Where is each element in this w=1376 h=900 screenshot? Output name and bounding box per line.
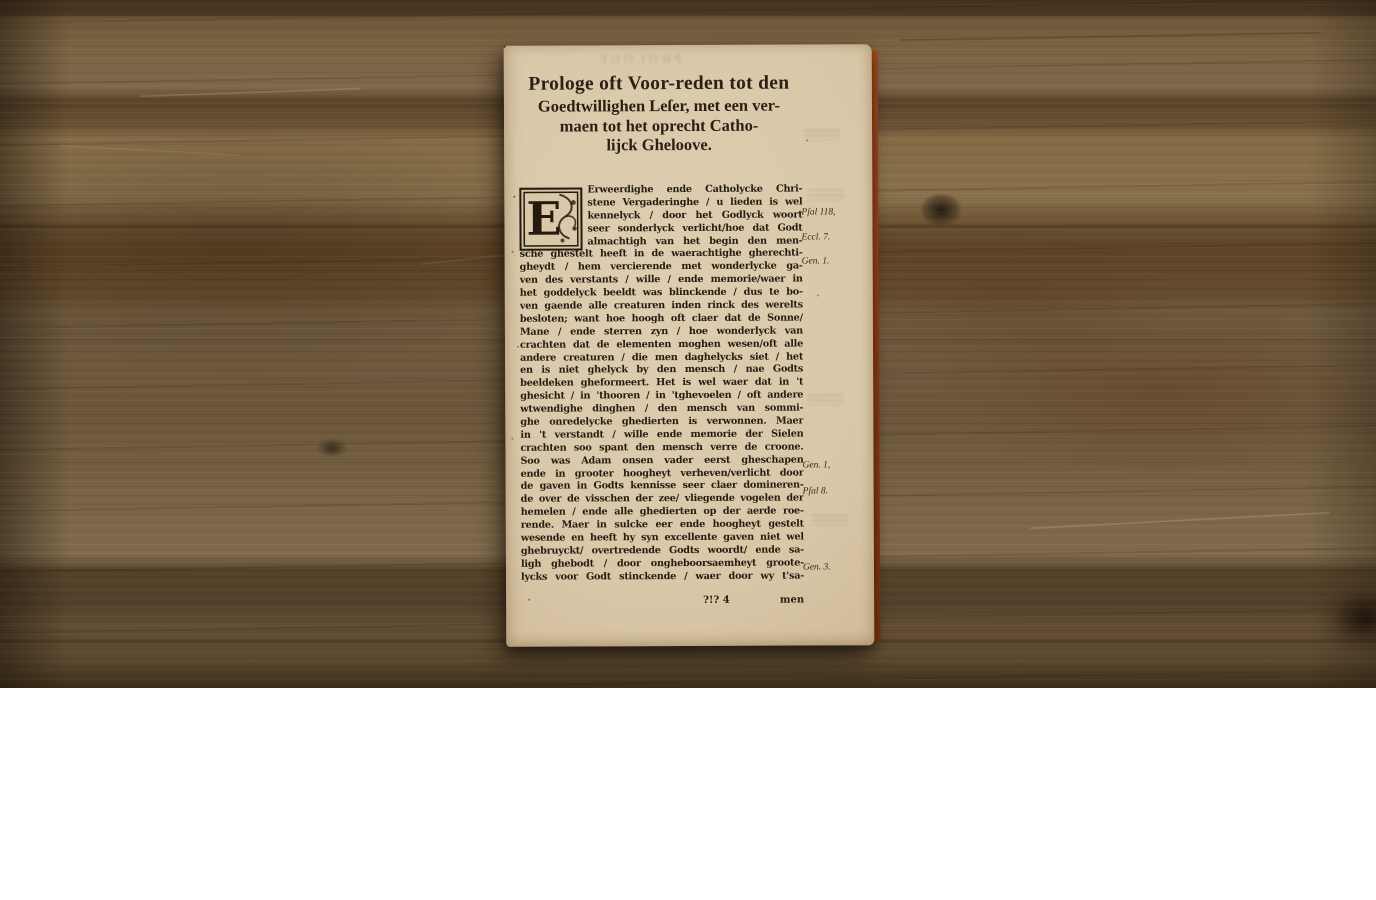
show-through-mark [808, 189, 844, 200]
title-line-2: Goedtwillighen Leſer, met een ver- [514, 95, 804, 116]
title-line-3: maen tot het oprecht Catho- [514, 115, 804, 136]
book-page: PROLOGE Prologe oft Voor-reden tot denGo… [504, 44, 875, 647]
margin-note-2: Eccl. 7. [802, 232, 874, 242]
body-line-3: ven des verstants / wille / ende memorie… [520, 274, 803, 288]
floral-vine-ornament-icon [553, 190, 579, 245]
plank-gap-line [0, 13, 1376, 16]
page-title: Prologe oft Voor-reden tot denGoedtwilli… [514, 71, 804, 155]
show-through-mark [804, 129, 840, 140]
ink-specks [504, 46, 506, 48]
body-line-10: en is niet ghelyck by den mensch / nae G… [520, 364, 803, 378]
body-line-20: de over de visschen der zee/ vliegende v… [521, 493, 804, 507]
body-line-21: hemelen / ende alle ghedierten op der ae… [521, 506, 804, 520]
title-line-4: lijck Gheloove. [514, 134, 804, 155]
body-line-18: ende in grooter hoogheyt verheven/verlic… [521, 467, 804, 481]
body-line-indented-3: kennelyck / door het Godlyck woort [587, 209, 802, 223]
show-through-mark [812, 514, 848, 525]
body-line-indented-1: Erweerdighe ende Catholycke Chri- [587, 184, 802, 198]
margin-note-5: Pſal 8. [803, 486, 875, 496]
body-line-indented-2: stene Vergaderinghe / u lieden is wel [587, 196, 802, 210]
show-through-mark [807, 394, 843, 405]
show-through-header: PROLOGE [596, 51, 682, 67]
body-line-17: Soo was Adam onsen vader eerst gheschape… [520, 454, 803, 468]
body-lines-full-width: sche ghestelt heeft in de waerachtighe g… [520, 248, 804, 584]
title-line-1: Prologe oft Voor-reden tot den [514, 71, 804, 96]
body-line-6: besloten; want hoe hoogh oft claer dat d… [520, 312, 803, 326]
photo-of-book-on-wood-table: PROLOGE Prologe oft Voor-reden tot denGo… [0, 0, 1376, 688]
body-text: E Erweerdighe ende Catholycke Chri-stene… [519, 184, 804, 585]
blank-area-below-photo [0, 688, 1376, 900]
body-line-7: Mane / ende sterren zyn / hoe wonderlyck… [520, 325, 803, 339]
body-line-24: ghebruyckt/ overtredende Godts woordt/ e… [521, 544, 804, 558]
body-line-22: rende. Maer in sulcke eer ende hoogheyt … [521, 519, 804, 533]
body-line-5: ven gaende alle creaturen inden rinck de… [520, 300, 803, 314]
signature-mark: ?!? 4 [703, 595, 730, 606]
body-line-15: in 't verstandt / wille ende memorie der… [520, 428, 803, 442]
margin-note-4: Gen. 1, [803, 460, 875, 470]
body-line-indented-4: seer sonderlyck verlicht/hoe dat Godt [587, 222, 802, 236]
body-line-26: lycks voor Godt stinckende / waer door w… [521, 570, 804, 584]
woodcut-initial-E: E [519, 187, 582, 250]
catchword: men [780, 595, 804, 606]
body-line-9: andere creaturen / die men daghelycks si… [520, 351, 803, 365]
body-line-16: crachten soo spant den mensch verre de c… [520, 441, 803, 455]
body-line-25: ligh ghebodt / door ongheboorsaemheyt gr… [521, 557, 804, 571]
body-line-2: gheydt / hem vercierende met wonderlycke… [520, 261, 803, 275]
signature-line: ?!? 4 men [521, 595, 804, 610]
margin-note-3: Gen. 1. [802, 256, 874, 266]
margin-note-6: Gen. 3. [803, 562, 875, 572]
screenshot-root: PROLOGE Prologe oft Voor-reden tot denGo… [0, 0, 1376, 900]
body-line-indented-5: almachtigh van het begin den men- [588, 235, 803, 249]
body-line-23: wesende en heeft hy syn excellente gaven… [521, 532, 804, 546]
body-line-14: ghe onredelycke ghedierten is verwonnen.… [520, 416, 803, 430]
body-line-4: het goddelyck beeldt was blinckende / du… [520, 287, 803, 301]
margin-note-1: Pſal 118, [801, 207, 873, 217]
body-line-19: de gaven in Godts kennisse seer claer do… [521, 480, 804, 494]
body-line-11: beeldeken gheformeert. Het is wel waer d… [520, 377, 803, 391]
body-line-12: ghesicht / in 'thooren / in 'tghevoelen … [520, 390, 803, 404]
body-line-8: crachten dat de elementen moghen wesen/o… [520, 338, 803, 352]
body-line-13: wtwendighe dinghen / den mensch van somm… [520, 403, 803, 417]
